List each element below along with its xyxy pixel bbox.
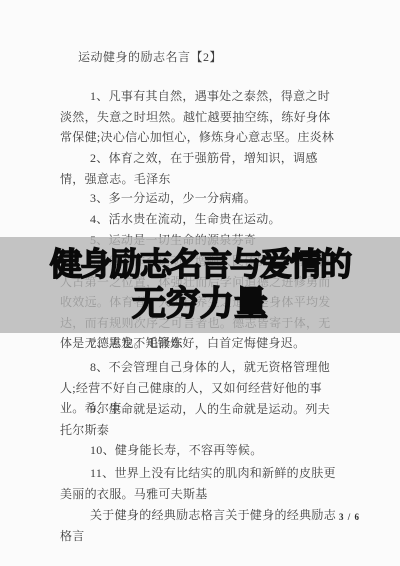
document-heading: 运动健身的励志名言【2】 [78,49,358,66]
quote-paragraph-4: 4、活水贵在流动，生命贵在运动。 [60,209,342,230]
quote-paragraph-9: 9、生命就是运动，人的生命就是运动。列夫托尔斯泰 [60,399,342,440]
quote-paragraph-7: 7、黑发不知锻炼好，白首定悔健身迟。 [60,333,342,354]
banner-title-line2: 无穷力量 [132,284,268,324]
document-page: 运动健身的励志名言【2】 1、凡事有其自然，遇事处之泰然，得意之时淡然，失意之时… [0,0,400,566]
banner-title-line1: 健身励志名言与爱情的 [50,246,350,284]
quote-paragraph-1: 1、凡事有其自然，遇事处之泰然，得意之时淡然，失意之时坦然。越忙越要抽空练，练好… [60,86,342,148]
quote-paragraph-11: 11、世界上没有比结实的肌肉和新鲜的皮肤更美丽的衣服。马雅可夫斯基 [60,463,342,504]
quote-paragraph-10: 10、健身能长寿，不容再等候。 [60,440,342,461]
title-banner-overlay: 健身励志名言与爱情的 无穷力量 [0,237,400,333]
related-links-line: 关于健身的经典励志格言关于健身的经典励志格言 [60,505,342,546]
page-number: 3 / 6 [339,512,360,522]
quote-paragraph-2: 2、体育之效，在于强筋骨，增知识，调感情，强意志。毛泽东 [60,148,342,189]
quote-paragraph-3: 3、多一分运动，少一分病痛。 [60,188,342,209]
